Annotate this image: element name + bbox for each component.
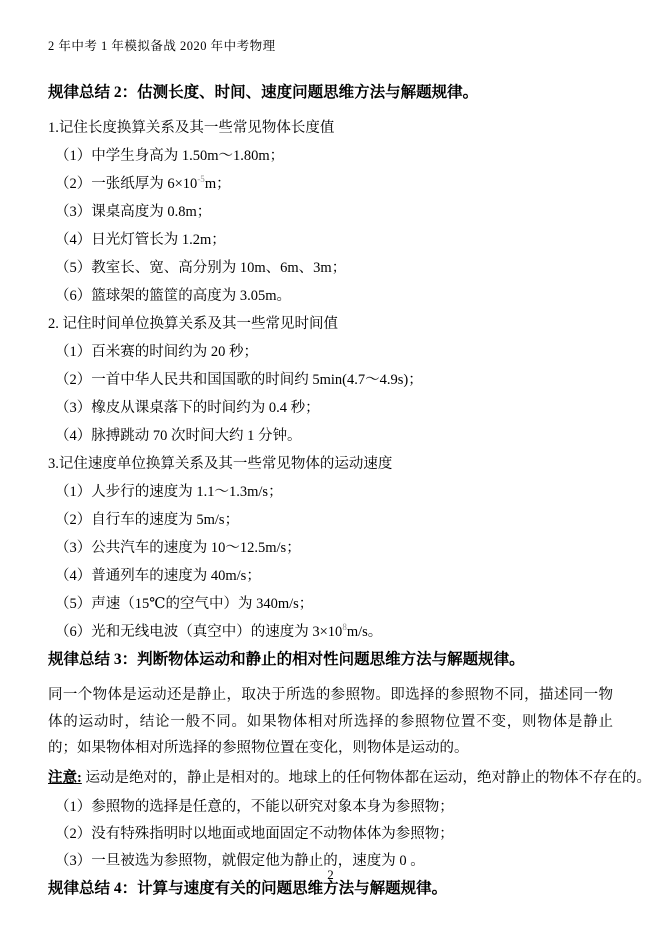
item-text: （3）课桌高度为 0.8m； bbox=[55, 204, 211, 220]
note-line: 注意: 运动是绝对的，静止是相对的。地球上的任何物体都在运动，绝对静止的物体不存… bbox=[48, 768, 613, 788]
item-text: （5）教室长、宽、高分别为 10m、6m、3m； bbox=[55, 260, 346, 276]
page-number: 2 bbox=[0, 867, 661, 883]
motion-item-1: （1）参照物的选择是任意的，不能以研究对象本身为参照物； bbox=[48, 797, 613, 817]
time-item-1: （1）百米赛的时间约为 20 秒； bbox=[48, 342, 613, 362]
rule3-heading: 规律总结 3：判断物体运动和静止的相对性问题思维方法与解题规律。 bbox=[48, 650, 613, 670]
note-label: 注意: bbox=[48, 770, 82, 786]
time-item-2: （2）一首中华人民共和国国歌的时间约 5min(4.7～4.9s)； bbox=[48, 370, 613, 390]
document-page: 2 年中考 1 年模拟备战 2020 年中考物理 规律总结 2：估测长度、时间、… bbox=[0, 0, 661, 935]
speed-section-title: 3.记住速度单位换算关系及其一些常见物体的运动速度 bbox=[48, 454, 613, 474]
length-item-3: （3）课桌高度为 0.8m； bbox=[48, 202, 613, 222]
speed-item-3: （3）公共汽车的速度为 10～12.5m/s； bbox=[48, 538, 613, 558]
speed-item-5: （5）声速（15℃的空气中）为 340m/s； bbox=[48, 594, 613, 614]
time-section-title: 2. 记住时间单位换算关系及其一些常见时间值 bbox=[48, 314, 613, 334]
document-header: 2 年中考 1 年模拟备战 2020 年中考物理 bbox=[48, 38, 613, 54]
speed-item-1: （1）人步行的速度为 1.1～1.3m/s； bbox=[48, 482, 613, 502]
rule2-heading: 规律总结 2：估测长度、时间、速度问题思维方法与解题规律。 bbox=[48, 83, 613, 103]
length-item-6: （6）篮球架的篮筐的高度为 3.05m。 bbox=[48, 286, 613, 306]
item-text: （2）自行车的速度为 5m/s； bbox=[55, 512, 239, 528]
time-item-4: （4）脉搏跳动 70 次时间大约 1 分钟。 bbox=[48, 426, 613, 446]
length-item-2: （2）一张纸厚为 6×10-5m； bbox=[48, 174, 613, 194]
length-item-1: （1）中学生身高为 1.50m～1.80m； bbox=[48, 146, 613, 166]
note-text: 运动是绝对的，静止是相对的。地球上的任何物体都在运动，绝对静止的物体不存在的。 bbox=[82, 770, 651, 786]
item-text: （3）公共汽车的速度为 10～12.5m/s； bbox=[55, 540, 301, 556]
time-item-3: （3）橡皮从课桌落下的时间约为 0.4 秒； bbox=[48, 398, 613, 418]
length-item-5: （5）教室长、宽、高分别为 10m、6m、3m； bbox=[48, 258, 613, 278]
superscript: -5 bbox=[197, 174, 205, 184]
item-text: （2）一张纸厚为 6×10 bbox=[55, 176, 197, 192]
item-text: m/s。 bbox=[347, 624, 382, 640]
item-text: （4）日光灯管长为 1.2m； bbox=[55, 232, 226, 248]
item-text: （6）光和无线电波（真空中）的速度为 3×10 bbox=[55, 624, 342, 640]
item-text: （5）声速（15℃的空气中）为 340m/s； bbox=[55, 596, 313, 612]
length-item-4: （4）日光灯管长为 1.2m； bbox=[48, 230, 613, 250]
item-text: （6）篮球架的篮筐的高度为 3.05m。 bbox=[55, 288, 291, 304]
item-text: m； bbox=[205, 176, 231, 192]
item-text: （4）普通列车的速度为 40m/s； bbox=[55, 568, 261, 584]
length-section-title: 1.记住长度换算关系及其一些常见物体长度值 bbox=[48, 118, 613, 138]
motion-item-2: （2）没有特殊指明时以地面或地面固定不动物体体为参照物； bbox=[48, 824, 613, 844]
speed-item-6: （6）光和无线电波（真空中）的速度为 3×108m/s。 bbox=[48, 622, 613, 642]
item-text: （1）中学生身高为 1.50m～1.80m； bbox=[55, 148, 284, 164]
item-text: （1）人步行的速度为 1.1～1.3m/s； bbox=[55, 484, 283, 500]
speed-item-2: （2）自行车的速度为 5m/s； bbox=[48, 510, 613, 530]
speed-item-4: （4）普通列车的速度为 40m/s； bbox=[48, 566, 613, 586]
motion-paragraph: 同一个物体是运动还是静止，取决于所选的参照物。即选择的参照物不同，描述同一物体的… bbox=[48, 682, 613, 762]
